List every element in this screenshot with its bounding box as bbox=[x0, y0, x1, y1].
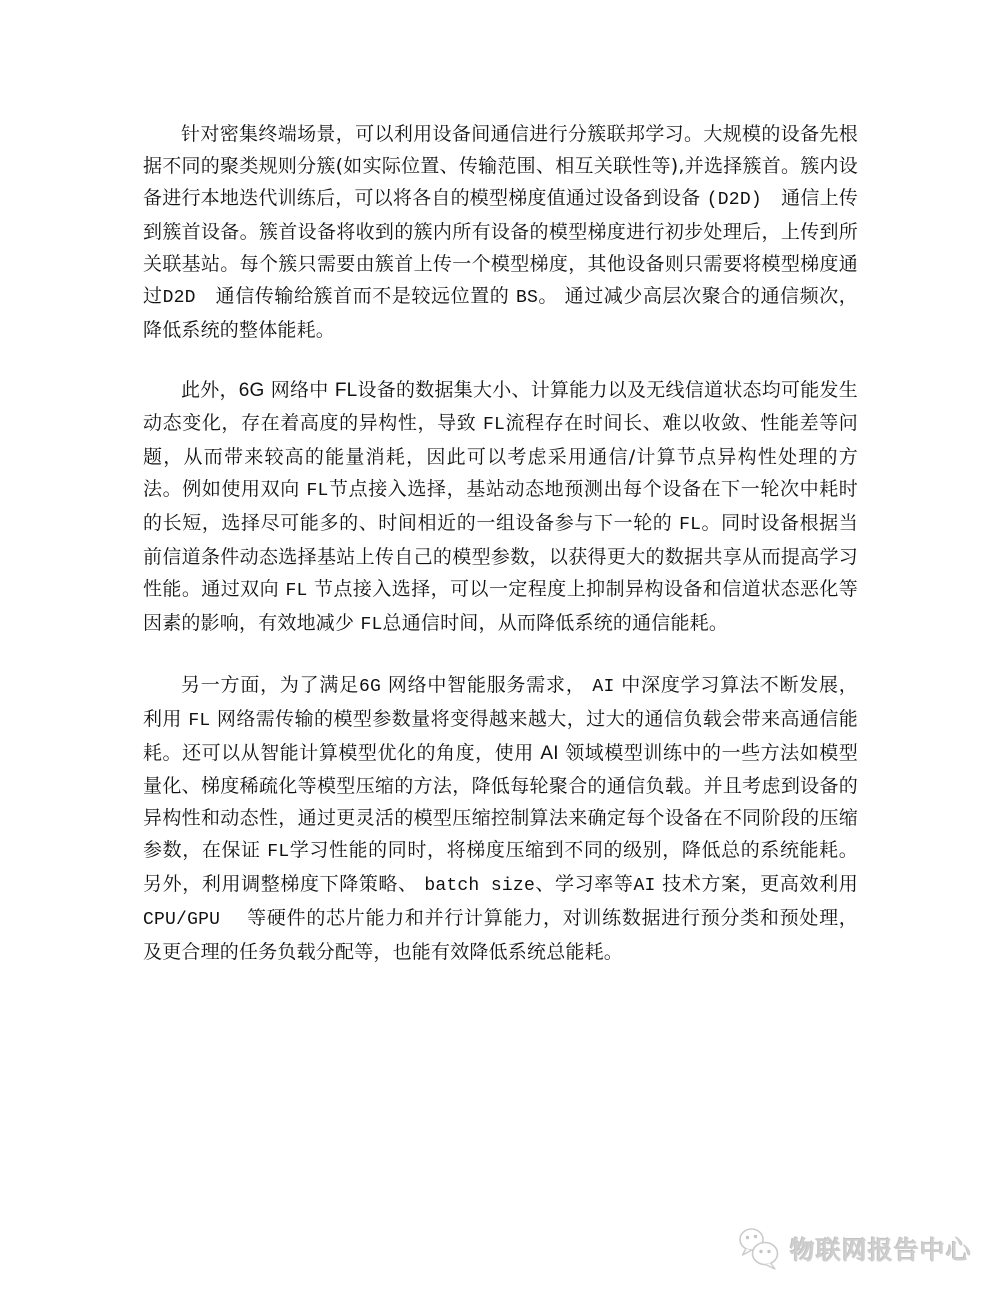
text-run: 6G bbox=[359, 677, 381, 697]
document-page: 针对密集终端场景，可以利用设备间通信进行分簇联邦学习。大规模的设备先根据不同的聚… bbox=[0, 0, 1000, 1293]
text-run: CPU/GPU bbox=[143, 910, 220, 930]
text-run: 网络中 bbox=[265, 379, 335, 401]
text-run: 总通信时间，从而降低系统的通信能耗。 bbox=[383, 612, 729, 634]
paragraph: 此外，6G 网络中 FL设备的数据集大小、计算能力以及无线信道状态均可能发生动态… bbox=[143, 374, 858, 641]
text-run: 技术方案，更高效利用 bbox=[656, 873, 858, 895]
text-run: AI bbox=[634, 876, 656, 896]
text-run: 网络中智能服务需求， bbox=[381, 674, 592, 696]
text-run: FL bbox=[267, 842, 289, 862]
text-run: FL bbox=[483, 415, 505, 435]
text-run: 等硬件的芯片能力和并行计算能力，对训练数据进行预分类和预处理，及更合理的任务负载… bbox=[143, 907, 858, 963]
text-run: 、学习率等 bbox=[535, 873, 634, 895]
text-run: 6G bbox=[239, 380, 265, 401]
paragraph: 另一方面，为了满足6G 网络中智能服务需求， AI 中深度学习算法不断发展，利用… bbox=[143, 669, 858, 968]
text-run: AI bbox=[540, 743, 558, 764]
text-run: FL bbox=[188, 711, 210, 731]
text-run: AI bbox=[592, 677, 614, 697]
text-run: FL bbox=[679, 515, 701, 535]
wechat-icon bbox=[737, 1226, 781, 1272]
paragraph: 针对密集终端场景，可以利用设备间通信进行分簇联邦学习。大规模的设备先根据不同的聚… bbox=[143, 118, 858, 346]
watermark: 物联网报告中心 bbox=[737, 1226, 972, 1272]
text-run: 通信传输给簇首而不是较远位置的 bbox=[196, 285, 516, 307]
document-body: 针对密集终端场景，可以利用设备间通信进行分簇联邦学习。大规模的设备先根据不同的聚… bbox=[143, 118, 858, 996]
text-run: 另一方面，为了满足 bbox=[181, 674, 359, 696]
watermark-label: 物联网报告中心 bbox=[790, 1231, 972, 1267]
text-run: FL bbox=[360, 615, 382, 635]
text-run: batch size bbox=[424, 876, 535, 896]
text-run: BS bbox=[516, 288, 538, 308]
text-run: FL bbox=[286, 581, 308, 601]
text-run: (D2D) bbox=[707, 190, 762, 210]
text-run: 此外， bbox=[181, 379, 239, 401]
text-run: FL bbox=[307, 481, 329, 501]
text-run: D2D bbox=[163, 288, 196, 308]
text-run: FL bbox=[335, 380, 358, 401]
